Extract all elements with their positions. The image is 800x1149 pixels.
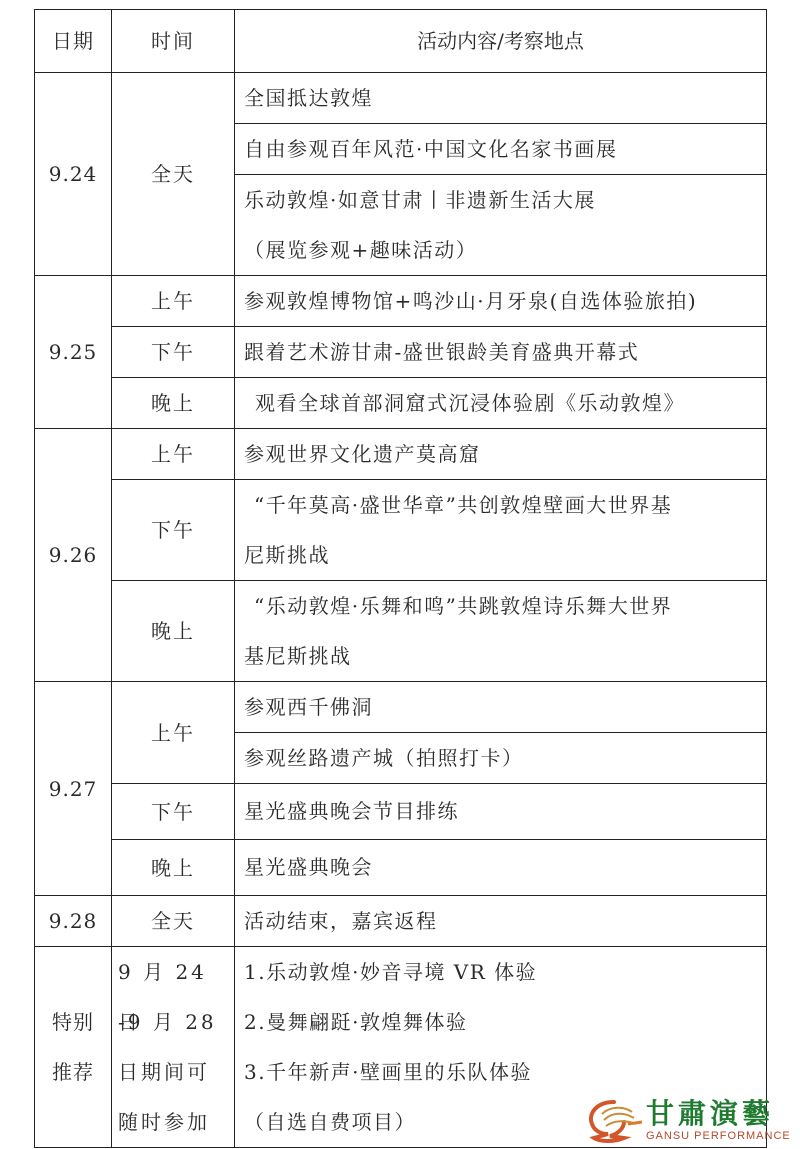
table-row: 9.28 全天 活动结束，嘉宾返程	[35, 896, 767, 947]
header-date: 日期	[35, 10, 112, 73]
date-cell: 9.24	[35, 73, 112, 276]
time-cell: 上午	[112, 276, 235, 327]
header-activity: 活动内容/考察地点	[235, 10, 767, 73]
time-cell: 全天	[112, 73, 235, 276]
time-cell: 上午	[112, 682, 235, 784]
activity-cell: 观看全球首部洞窟式沉浸体验剧《乐动敦煌》	[235, 378, 767, 429]
special-item: 1.乐动敦煌·妙音寻境 VR 体验	[244, 947, 766, 997]
date-cell: 9.25	[35, 276, 112, 429]
logo-chinese-text: 甘肅演藝	[646, 1092, 774, 1132]
activity-cell: “千年莫高·盛世华章”共创敦煌壁画大世界基 尼斯挑战	[235, 480, 767, 581]
activity-line: 基尼斯挑战	[244, 631, 766, 681]
activity-line: “乐动敦煌·乐舞和鸣”共跳敦煌诗乐舞大世界	[244, 581, 766, 631]
table-row: 9.25 上午 参观敦煌博物馆+鸣沙山·月牙泉(自选体验旅拍)	[35, 276, 767, 327]
table-row: 下午 “千年莫高·盛世华章”共创敦煌壁画大世界基 尼斯挑战	[35, 480, 767, 581]
activity-cell: 跟着艺术游甘肃-盛世银龄美育盛典开幕式	[235, 327, 767, 378]
gansu-performance-logo: 甘肅演藝 GANSU PERFORMANCE	[584, 1092, 800, 1149]
activity-line: 尼斯挑战	[244, 530, 766, 580]
special-label-line: 特别	[35, 997, 111, 1047]
time-cell: 晚上	[112, 581, 235, 682]
activity-cell: 自由参观百年风范·中国文化名家书画展	[235, 124, 767, 175]
activity-cell: 参观西千佛洞	[235, 682, 767, 733]
activity-cell: 参观世界文化遗产莫高窟	[235, 429, 767, 480]
table-row: 晚上 观看全球首部洞窟式沉浸体验剧《乐动敦煌》	[35, 378, 767, 429]
time-cell: 全天	[112, 896, 235, 947]
table-row: 晚上 “乐动敦煌·乐舞和鸣”共跳敦煌诗乐舞大世界 基尼斯挑战	[35, 581, 767, 682]
time-cell: 下午	[112, 480, 235, 581]
activity-cell: 星光盛典晚会节目排练	[235, 784, 767, 840]
table-header-row: 日期 时间 活动内容/考察地点	[35, 10, 767, 73]
header-time: 时间	[112, 10, 235, 73]
special-item: 3.千年新声·壁画里的乐队体验	[244, 1047, 766, 1097]
activity-cell: 活动结束，嘉宾返程	[235, 896, 767, 947]
activity-cell: 参观敦煌博物馆+鸣沙山·月牙泉(自选体验旅拍)	[235, 276, 767, 327]
phoenix-emblem-icon	[584, 1098, 644, 1144]
time-cell: 下午	[112, 784, 235, 840]
activity-line: （展览参观+趣味活动）	[244, 225, 766, 275]
activity-cell: 乐动敦煌·如意甘肃丨非遗新生活大展 （展览参观+趣味活动）	[235, 175, 767, 276]
activity-cell: “乐动敦煌·乐舞和鸣”共跳敦煌诗乐舞大世界 基尼斯挑战	[235, 581, 767, 682]
date-cell: 9.26	[35, 429, 112, 682]
special-time-line: 9 月 24 日	[118, 947, 234, 997]
logo-english-text: GANSU PERFORMANCE	[646, 1130, 791, 1142]
schedule-table: 日期 时间 活动内容/考察地点 9.24 全天 全国抵达敦煌 自由参观百年风范·…	[34, 9, 767, 1148]
activity-cell: 全国抵达敦煌	[235, 73, 767, 124]
activity-cell: 星光盛典晚会	[235, 840, 767, 896]
time-cell: 下午	[112, 327, 235, 378]
special-label-cell: 特别 推荐	[35, 947, 112, 1148]
special-label-line: 推荐	[35, 1047, 111, 1097]
special-time-cell: 9 月 24 日 -9 月 28 日期间可 随时参加	[112, 947, 235, 1148]
activity-line: “千年莫高·盛世华章”共创敦煌壁画大世界基	[244, 480, 766, 530]
time-cell: 上午	[112, 429, 235, 480]
table-row: 下午 跟着艺术游甘肃-盛世银龄美育盛典开幕式	[35, 327, 767, 378]
special-time-line: 日期间可	[118, 1047, 234, 1097]
table-row: 9.26 上午 参观世界文化遗产莫高窟	[35, 429, 767, 480]
date-cell: 9.28	[35, 896, 112, 947]
table-row: 9.27 上午 参观西千佛洞	[35, 682, 767, 733]
date-cell: 9.27	[35, 682, 112, 896]
table-row: 晚上 星光盛典晚会	[35, 840, 767, 896]
table-row: 9.24 全天 全国抵达敦煌	[35, 73, 767, 124]
table-row: 下午 星光盛典晚会节目排练	[35, 784, 767, 840]
activity-line: 乐动敦煌·如意甘肃丨非遗新生活大展	[244, 175, 766, 225]
special-time-line: -9 月 28	[118, 997, 234, 1047]
activity-cell: 参观丝路遗产城（拍照打卡）	[235, 733, 767, 784]
time-cell: 晚上	[112, 378, 235, 429]
time-cell: 晚上	[112, 840, 235, 896]
special-item: 2.曼舞翩跹·敦煌舞体验	[244, 997, 766, 1047]
special-time-line: 随时参加	[118, 1097, 234, 1147]
